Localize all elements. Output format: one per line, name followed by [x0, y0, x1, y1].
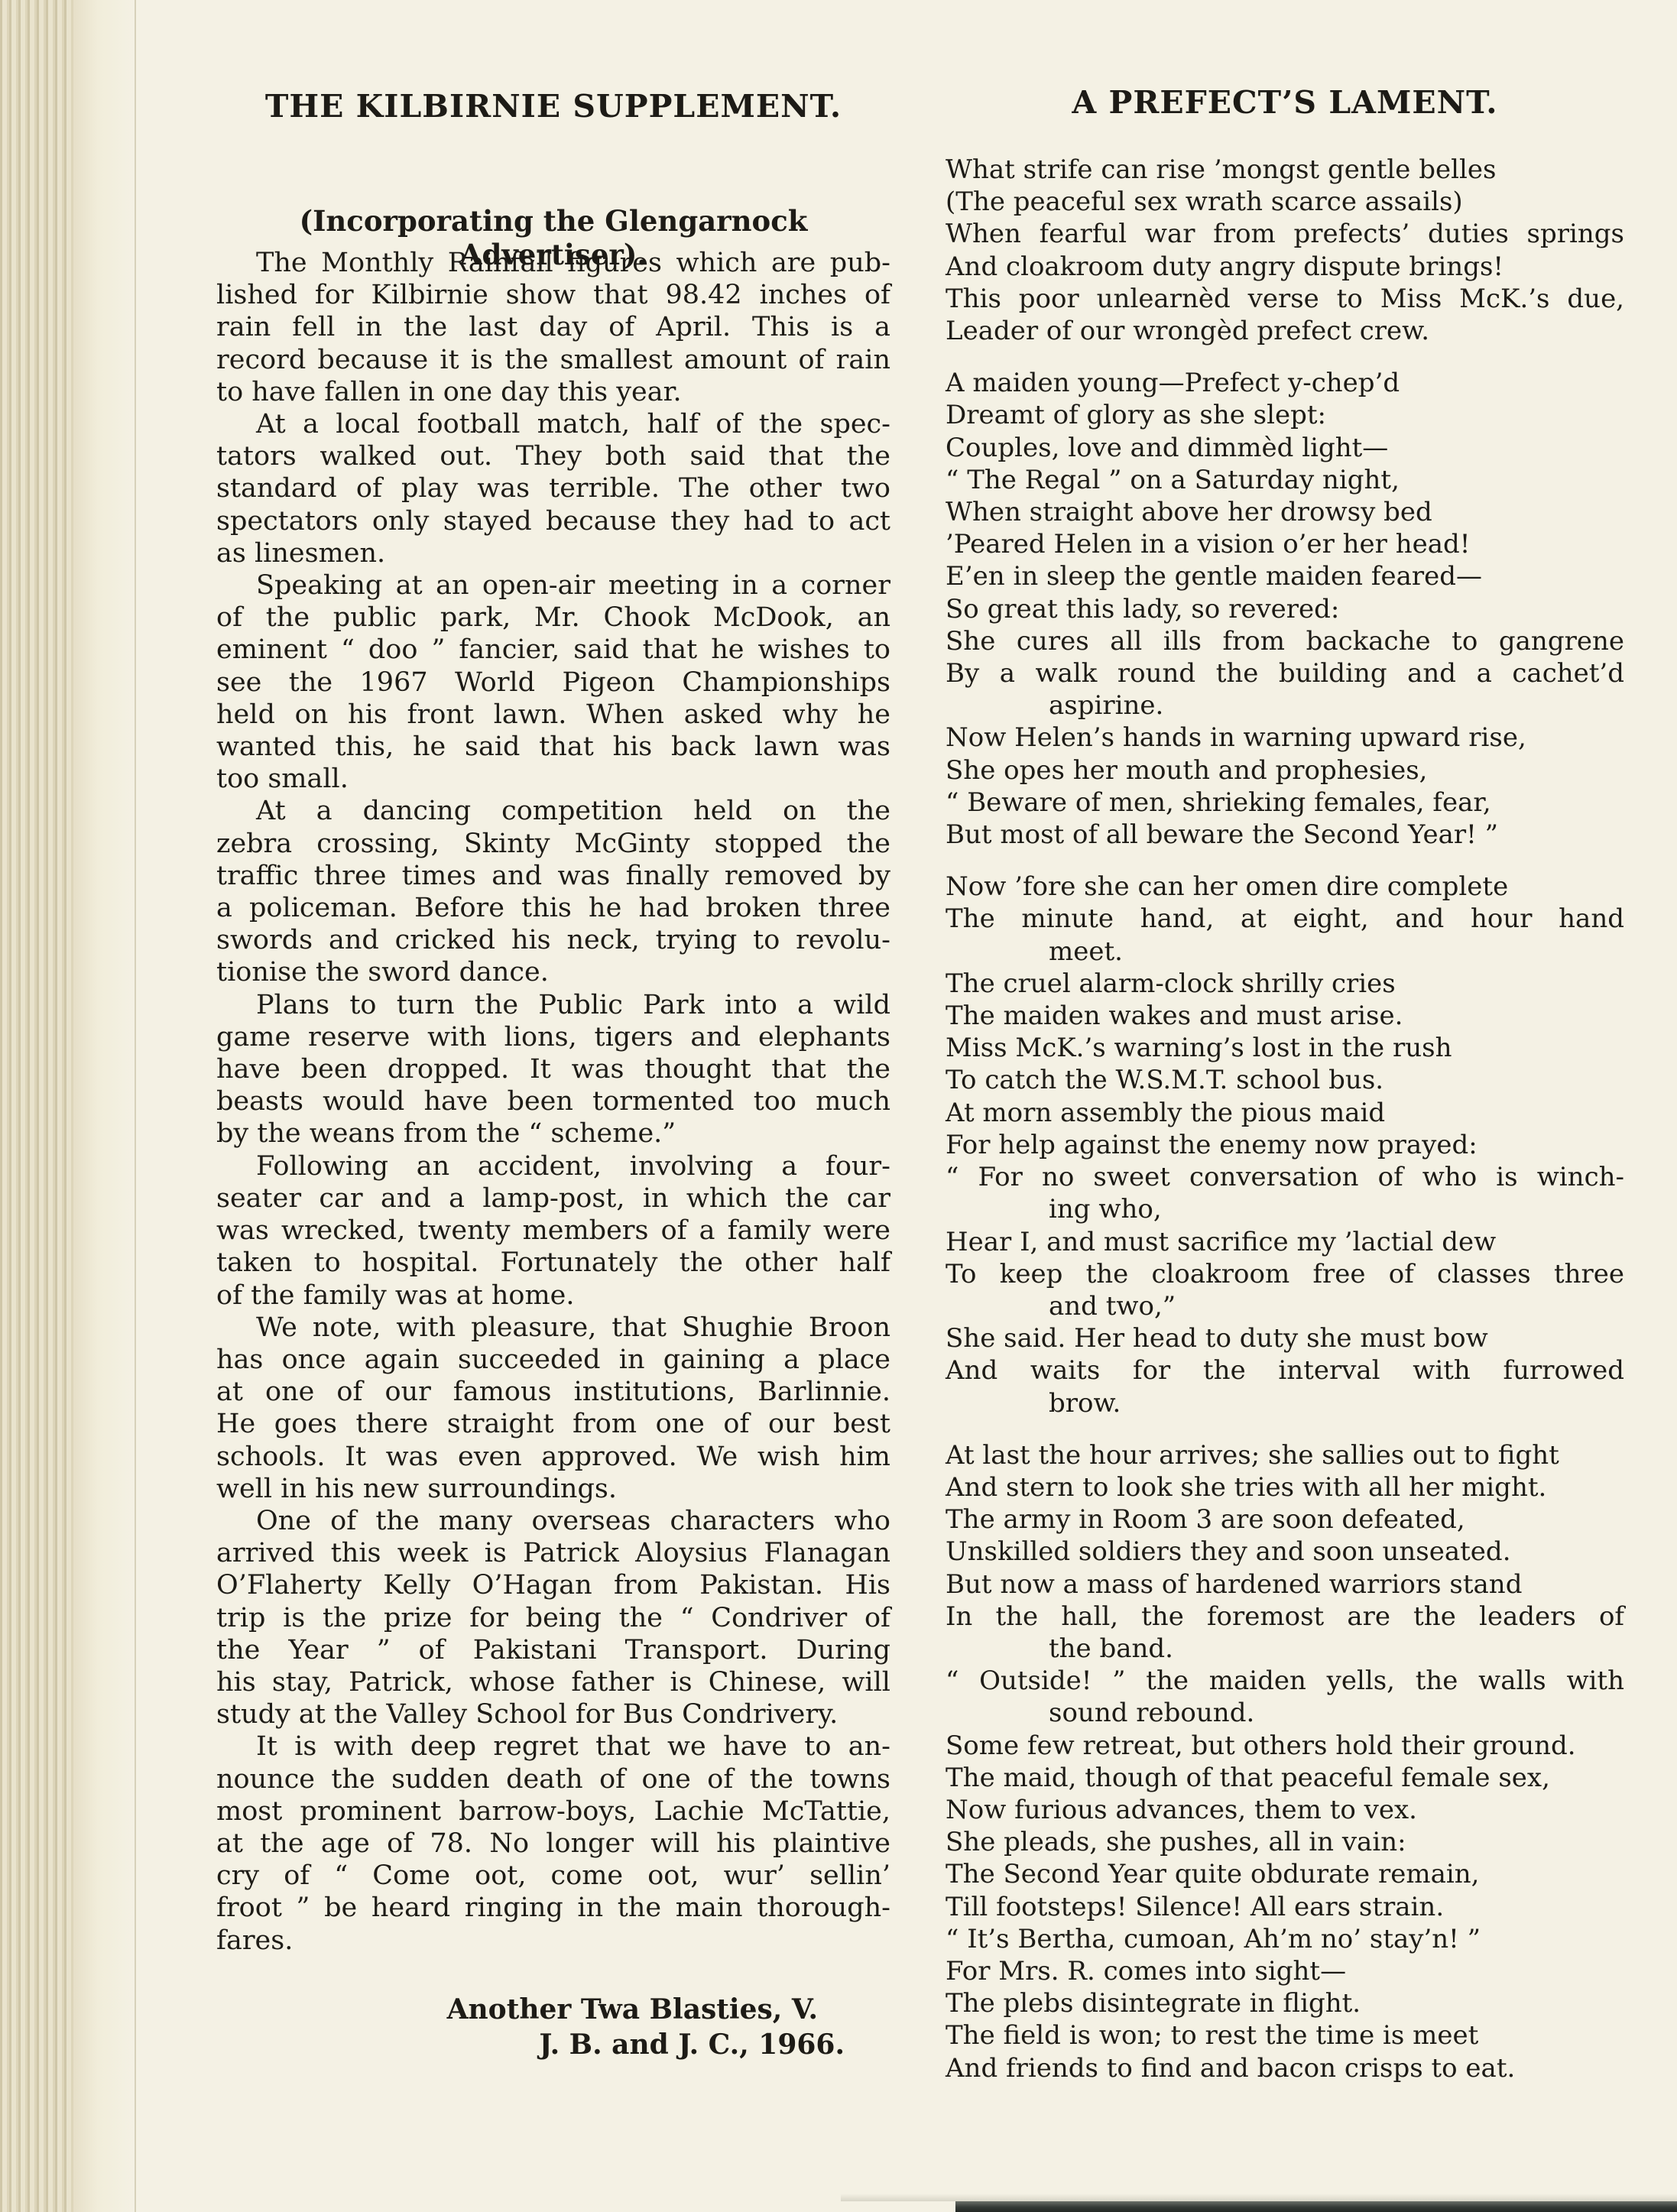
poem-line: the band. [946, 1633, 1624, 1665]
poem-line: The minute hand, at eight, and hour hand [946, 903, 1624, 935]
poem-line: What strife can rise ’mongst gentle bell… [946, 154, 1624, 186]
poem-line: “ Beware of men, shrieking females, fear… [946, 787, 1624, 819]
poem-line: By a walk round the building and a cache… [946, 657, 1624, 689]
book-page-edge-fade [73, 0, 135, 2212]
poem-line: The army in Room 3 are soon defeated, [946, 1503, 1624, 1536]
paragraph-line: arrived this week is Patrick Aloysius Fl… [216, 1537, 890, 1569]
left-column-paragraphs: The Monthly Rainfall figures which are p… [216, 247, 890, 1957]
paragraph-line: He goes there straight from one of our b… [216, 1408, 890, 1440]
poem-line: At morn assembly the pious maid [946, 1097, 1624, 1129]
poem-line: And cloakroom duty angry dispute brings! [946, 251, 1624, 283]
paragraph: The Monthly Rainfall figures which are p… [216, 247, 890, 408]
paragraph-line: the Year ” of Pakistani Transport. Durin… [216, 1634, 890, 1666]
poem-line: meet. [946, 936, 1624, 968]
poem-line: At last the hour arrives; she sallies ou… [946, 1439, 1624, 1471]
paragraph-line: rain fell in the last day of April. This… [216, 311, 890, 343]
paragraph-line: his stay, Patrick, whose father is Chine… [216, 1666, 890, 1698]
paragraph-line: nounce the sudden death of one of the to… [216, 1763, 890, 1795]
paragraph-line: of the family was at home. [216, 1280, 890, 1312]
poem-line: She pleads, she pushes, all in vain: [946, 1826, 1624, 1858]
poem-line: Now Helen’s hands in warning upward rise… [946, 722, 1624, 754]
poem-line: Now ’fore she can her omen dire complete [946, 871, 1624, 903]
paragraph-line: At a dancing competition held on the [216, 795, 890, 827]
poem-line: “ It’s Bertha, cumoan, Ah’m no’ stay’n! … [946, 1923, 1624, 1955]
signature-author: Another Twa Blasties, V. [216, 1992, 890, 2027]
poem-line: sound rebound. [946, 1697, 1624, 1729]
paragraph-line: fares. [216, 1925, 890, 1957]
poem-line: ing who, [946, 1193, 1624, 1225]
paragraph-line: It is with deep regret that we have to a… [216, 1730, 890, 1763]
poem-line: The cruel alarm-clock shrilly cries [946, 968, 1624, 1000]
paragraph-line: beasts would have been tormented too muc… [216, 1085, 890, 1117]
paragraph-line: a policeman. Before this he had broken t… [216, 892, 890, 924]
paragraph-line: Following an accident, involving a four- [216, 1150, 890, 1182]
poem-line: But now a mass of hardened warriors stan… [946, 1568, 1624, 1601]
page-crease-line [135, 0, 136, 2212]
paragraph-line: eminent “ doo ” fancier, said that he wi… [216, 634, 890, 666]
poem-line: Couples, love and dimmèd light— [946, 432, 1624, 464]
paragraph-line: wanted this, he said that his back lawn … [216, 731, 890, 763]
poem-line: To catch the W.S.M.T. school bus. [946, 1064, 1624, 1096]
poem-line: Leader of our wrongèd prefect crew. [946, 315, 1624, 347]
paragraph-line: schools. It was even approved. We wish h… [216, 1441, 890, 1473]
poem-line: and two,” [946, 1290, 1624, 1322]
poem-line: “ The Regal ” on a Saturday night, [946, 464, 1624, 496]
paragraph-line: tionise the sword dance. [216, 956, 890, 988]
right-column-title: A PREFECT’S LAMENT. [946, 84, 1624, 121]
poem-line: The maid, though of that peaceful female… [946, 1762, 1624, 1794]
poem-line: She opes her mouth and prophesies, [946, 754, 1624, 787]
paragraph-line: trip is the prize for being the “ Condri… [216, 1602, 890, 1634]
paragraph-line: to have fallen in one day this year. [216, 376, 890, 408]
paragraph-line: game reserve with lions, tigers and elep… [216, 1021, 890, 1053]
signature-credit: J. B. and J. C., 1966. [216, 2027, 890, 2062]
poem-line: And waits for the interval with furrowed [946, 1354, 1624, 1387]
left-column-body: The Monthly Rainfall figures which are p… [216, 247, 890, 2062]
stanza: Now ’fore she can her omen dire complete… [946, 871, 1624, 1419]
poem-line: Now furious advances, them to vex. [946, 1794, 1624, 1826]
poem-line: (The peaceful sex wrath scarce assails) [946, 186, 1624, 218]
paragraph-line: has once again succeeded in gaining a pl… [216, 1344, 890, 1376]
paragraph-line: swords and cricked his neck, trying to r… [216, 924, 890, 956]
poem-line: Unskilled soldiers they and soon unseate… [946, 1536, 1624, 1568]
stanza: A maiden young—Prefect y-chep’dDreamt of… [946, 367, 1624, 851]
poem-line: ’Peared Helen in a vision o’er her head! [946, 528, 1624, 560]
poem-line: The maiden wakes and must arise. [946, 1000, 1624, 1032]
paragraph-line: study at the Valley School for Bus Condr… [216, 1698, 890, 1730]
paragraph: We note, with pleasure, that Shughie Bro… [216, 1312, 890, 1505]
poem-line: And stern to look she tries with all her… [946, 1471, 1624, 1503]
paragraph: At a local football match, half of the s… [216, 408, 890, 569]
poem-line: The field is won; to rest the time is me… [946, 2019, 1624, 2051]
paragraph-line: zebra crossing, Skinty McGinty stopped t… [216, 828, 890, 860]
poem-line: For help against the enemy now prayed: [946, 1129, 1624, 1161]
poem-line: For Mrs. R. comes into sight— [946, 1955, 1624, 1987]
poem-line: Till footsteps! Silence! All ears strain… [946, 1891, 1624, 1923]
poem-line: She said. Her head to duty she must bow [946, 1322, 1624, 1354]
poem-line: Some few retreat, but others hold their … [946, 1730, 1624, 1762]
paragraph-line: One of the many overseas characters who [216, 1505, 890, 1537]
poem-line: The plebs disintegrate in flight. [946, 1987, 1624, 2019]
poem-line: To keep the cloakroom free of classes th… [946, 1258, 1624, 1290]
paragraph-line: held on his front lawn. When asked why h… [216, 699, 890, 731]
scanner-edge-strip [955, 2201, 1677, 2212]
poem-line: brow. [946, 1387, 1624, 1419]
paragraph-line: at the age of 78. No longer will his pla… [216, 1828, 890, 1860]
paragraph-line: We note, with pleasure, that Shughie Bro… [216, 1312, 890, 1344]
paragraph-line: at one of our famous institutions, Barli… [216, 1376, 890, 1408]
paragraph-line: O’Flaherty Kelly O’Hagan from Pakistan. … [216, 1569, 890, 1601]
paragraph-line: taken to hospital. Fortunately the other… [216, 1247, 890, 1279]
paragraph-line: froot ” be heard ringing in the main tho… [216, 1892, 890, 1924]
paragraph: One of the many overseas characters whoa… [216, 1505, 890, 1730]
poem-line: aspirine. [946, 689, 1624, 722]
poem-line: “ Outside! ” the maiden yells, the walls… [946, 1665, 1624, 1697]
poem-line: When fearful war from prefects’ duties s… [946, 218, 1624, 250]
paragraph-line: standard of play was terrible. The other… [216, 472, 890, 504]
book-page-edges [0, 0, 73, 2212]
poem-line: Hear I, and must sacrifice my ’lactial d… [946, 1226, 1624, 1258]
paragraph-line: At a local football match, half of the s… [216, 408, 890, 440]
paragraph-line: Plans to turn the Public Park into a wil… [216, 989, 890, 1021]
paragraph-line: too small. [216, 763, 890, 795]
paragraph-line: traffic three times and was finally remo… [216, 860, 890, 892]
poem-line: This poor unlearnèd verse to Miss McK.’s… [946, 283, 1624, 315]
stanza: At last the hour arrives; she sallies ou… [946, 1439, 1624, 2084]
paragraph-line: as linesmen. [216, 537, 890, 569]
signature-block: Another Twa Blasties, V. J. B. and J. C.… [216, 1992, 890, 2062]
paragraph: Plans to turn the Public Park into a wil… [216, 989, 890, 1150]
paragraph-line: tators walked out. They both said that t… [216, 440, 890, 472]
left-column-title: THE KILBIRNIE SUPPLEMENT. [216, 88, 890, 125]
paragraph-line: well in his new surroundings. [216, 1473, 890, 1505]
scanner-strip-shadow [841, 2194, 1677, 2201]
poem-line: But most of all beware the Second Year! … [946, 819, 1624, 851]
paragraph-line: record because it is the smallest amount… [216, 344, 890, 376]
poem-line: So great this lady, so revered: [946, 593, 1624, 625]
poem-line: The Second Year quite obdurate remain, [946, 1858, 1624, 1890]
paragraph-line: Speaking at an open-air meeting in a cor… [216, 569, 890, 602]
poem-line: When straight above her drowsy bed [946, 496, 1624, 528]
paragraph: Following an accident, involving a four-… [216, 1150, 890, 1312]
poem-line: And friends to find and bacon crisps to … [946, 2052, 1624, 2084]
paragraph: At a dancing competition held on thezebr… [216, 795, 890, 988]
poem-line: Miss McK.’s warning’s lost in the rush [946, 1032, 1624, 1064]
poem-line: A maiden young—Prefect y-chep’d [946, 367, 1624, 399]
stanza: What strife can rise ’mongst gentle bell… [946, 154, 1624, 347]
paragraph-line: have been dropped. It was thought that t… [216, 1053, 890, 1085]
paragraph-line: cry of “ Come oot, come oot, wur’ sellin… [216, 1860, 890, 1892]
poem-line: “ For no sweet conversation of who is wi… [946, 1161, 1624, 1193]
paragraph-line: seater car and a lamp-post, in which the… [216, 1182, 890, 1215]
paragraph-line: by the weans from the “ scheme.” [216, 1117, 890, 1150]
paragraph-line: of the public park, Mr. Chook McDook, an [216, 602, 890, 634]
poem-line: In the hall, the foremost are the leader… [946, 1601, 1624, 1633]
magazine-page: THE KILBIRNIE SUPPLEMENT. (Incorporating… [0, 0, 1677, 2212]
paragraph: Speaking at an open-air meeting in a cor… [216, 569, 890, 795]
paragraph-line: was wrecked, twenty members of a family … [216, 1215, 890, 1247]
paragraph-line: spectators only stayed because they had … [216, 505, 890, 537]
paragraph-line: The Monthly Rainfall figures which are p… [216, 247, 890, 279]
paragraph-line: most prominent barrow-boys, Lachie McTat… [216, 1795, 890, 1828]
paragraph-line: lished for Kilbirnie show that 98.42 inc… [216, 279, 890, 311]
poem-line: E’en in sleep the gentle maiden feared— [946, 560, 1624, 592]
poem-line: She cures all ills from backache to gang… [946, 625, 1624, 657]
poem-line: Dreamt of glory as she slept: [946, 399, 1624, 431]
paragraph-line: see the 1967 World Pigeon Championships [216, 667, 890, 699]
poem-body: What strife can rise ’mongst gentle bell… [946, 154, 1624, 2104]
paragraph: It is with deep regret that we have to a… [216, 1730, 890, 1956]
